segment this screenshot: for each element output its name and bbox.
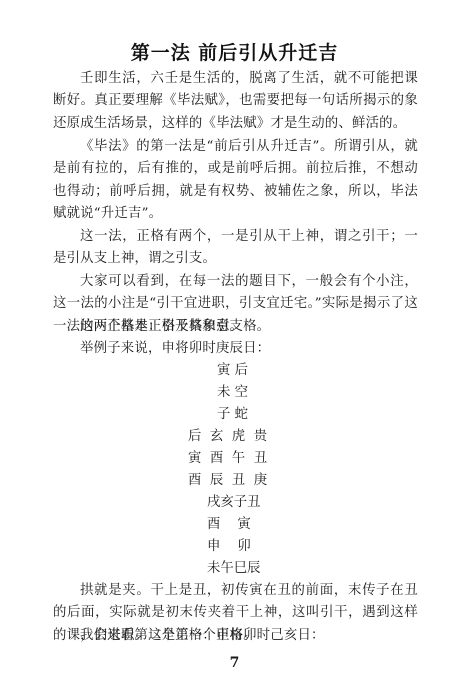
pan-line-3: 申 卯 xyxy=(207,536,251,558)
paragraph-3: 这一法，正格有两个，一是引从干上神，谓之引干；一是引从支上神，谓之引支。 xyxy=(53,226,418,271)
si-ke-line-1: 后 玄 虎 贵 xyxy=(188,426,267,448)
san-chuan-line-1: 寅 后 xyxy=(217,360,248,382)
pan-line-2: 酉 寅 xyxy=(207,514,251,536)
san-chuan-line-2: 未 空 xyxy=(217,382,248,404)
si-ke-line-3: 酉 辰 丑 庚 xyxy=(188,470,267,492)
si-ke-line-2: 寅 酉 午 丑 xyxy=(188,448,267,470)
paragraph-1: 壬即生活，六壬是生活的，脱离了生活，就不可能把课断好。真正要理解《毕法赋》，也需… xyxy=(53,68,418,135)
pan-line-4: 未午巳辰 xyxy=(207,558,261,580)
paragraph-2: 《毕法》的第一法是“前后引从升迁吉”。所谓引从，就是前有拉的，后有推的，或是前呼… xyxy=(53,136,418,225)
paragraph-5: 这两正格是：引干格和引支格。 xyxy=(53,316,418,338)
san-chuan-line-3: 子 蛇 xyxy=(217,404,248,426)
paragraph-6: 举例子来说，申将卯时庚辰日： xyxy=(53,338,418,360)
paragraph-8: 我们来看第二个正格：申将卯时己亥日： xyxy=(53,625,418,647)
page-number: 7 xyxy=(0,655,469,671)
chapter-title: 第一法 前后引从升迁吉 xyxy=(0,38,469,65)
pan-line-1: 戌亥子丑 xyxy=(207,492,261,514)
